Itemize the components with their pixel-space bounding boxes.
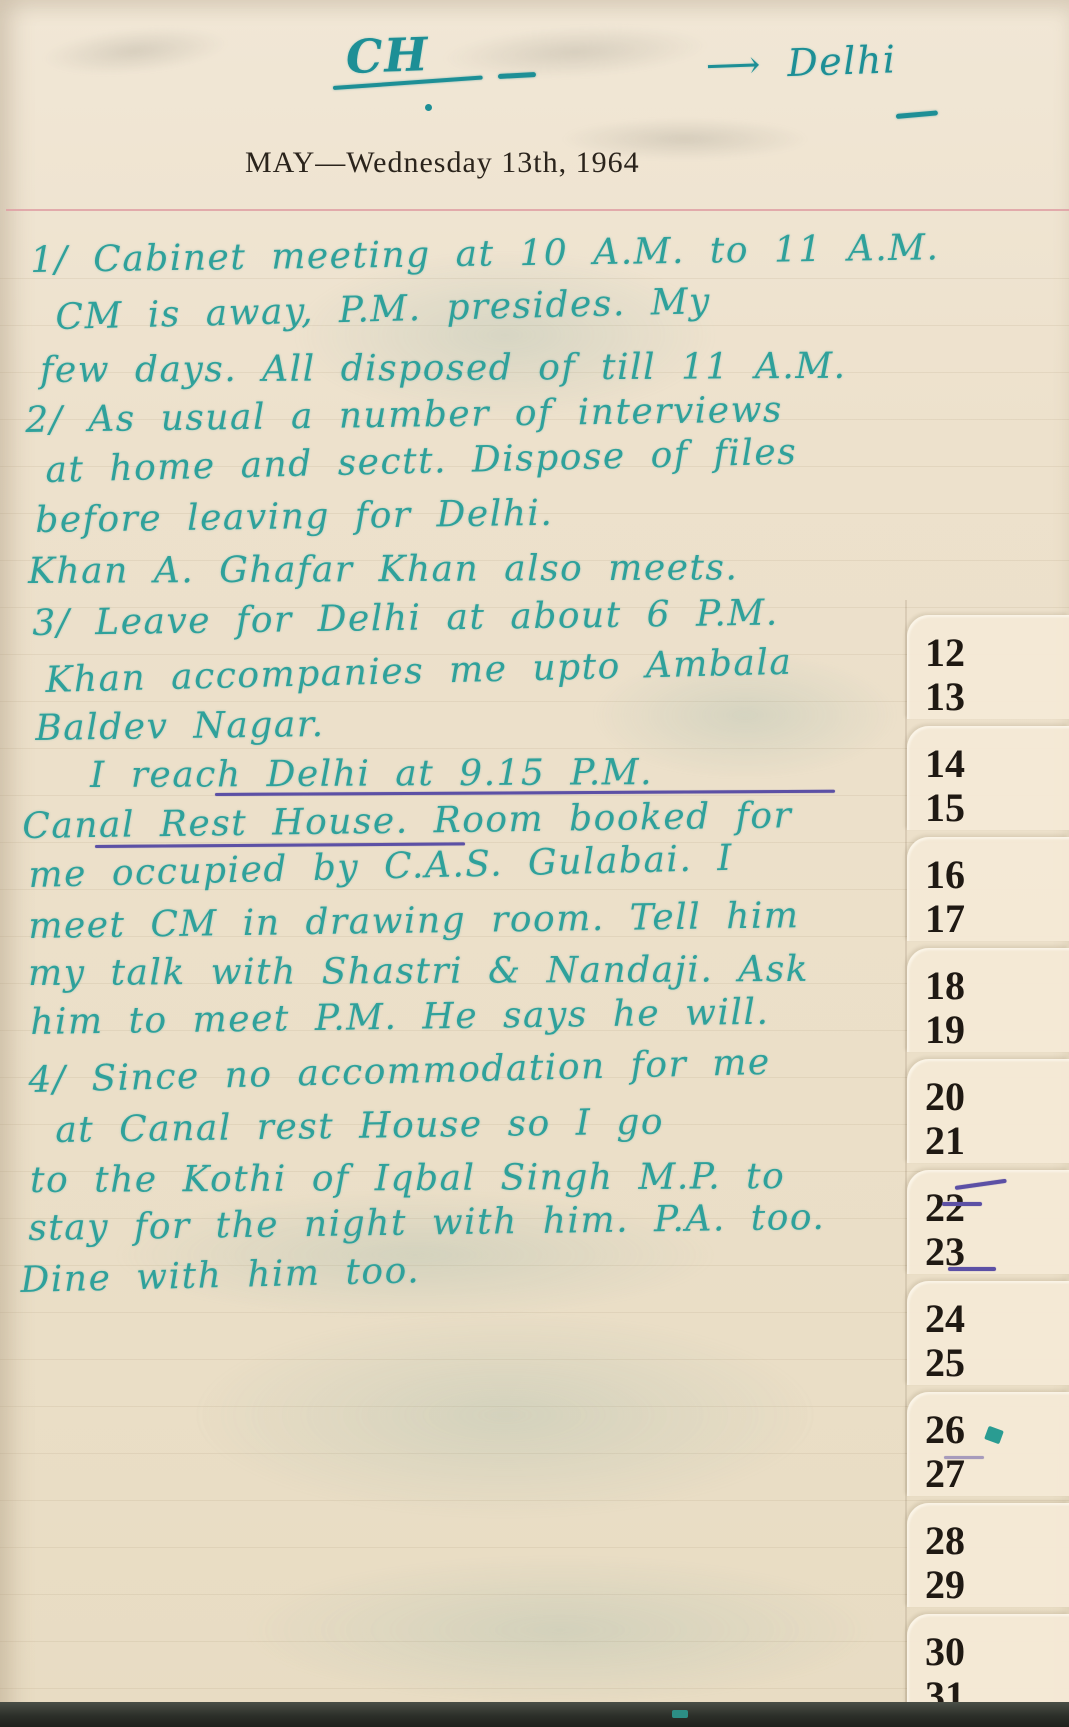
page-date-title: MAY—Wednesday 13th, 1964 [245,146,640,180]
date-tab-14-15: 14 15 [907,726,1069,830]
tab-number: 19 [907,1008,1069,1052]
entry-line: Baldev Nagar. [35,704,325,749]
book-bottom-edge [0,1702,1069,1727]
annotation-ch: CH [345,27,430,84]
entry-line: Khan A. Ghafar Khan also meets. [28,547,738,592]
entry-line: 4/ Since no accommodation for me [28,1042,771,1101]
tab-number: 28 [907,1503,1069,1563]
tab-number: 20 [907,1059,1069,1119]
tab-number: 18 [907,948,1069,1008]
entry-line: before leaving for Delhi. [35,493,554,541]
entry-line: 2/ As usual a number of interviews [25,389,783,441]
tab-number: 22 [907,1170,1069,1230]
edge-speck [672,1710,688,1718]
entry-line: at home and sectt. Dispose of files [45,432,798,491]
entry-line: CM is away, P.M. presides. My [55,281,711,338]
tab-number: 26 [907,1392,1069,1452]
tab-number: 24 [907,1281,1069,1341]
date-tab-18-19: 18 19 [907,948,1069,1052]
entry-line: meet CM in drawing room. Tell him [28,895,800,947]
tab-number: 25 [907,1341,1069,1385]
delhi-underdash-stroke [896,110,938,119]
ch-dash-stroke [498,72,536,79]
entry-line: few days. All disposed of till 11 A.M. [40,346,847,391]
entry-line: I reach Delhi at 9.15 P.M. [90,752,653,796]
date-tab-28-29: 28 29 [907,1503,1069,1607]
date-tab-16-17: 16 17 [907,837,1069,941]
tab-number: 16 [907,837,1069,897]
tab-number: 14 [907,726,1069,786]
ink-dot [425,104,432,111]
ink-mark [942,1202,982,1206]
header-rule [6,209,1069,211]
bleedthrough-mark [38,20,231,82]
tab-number: 27 [907,1452,1069,1496]
entry-line: to the Kothi of Iqbal Singh M.P. to [30,1156,785,1201]
tab-number: 17 [907,897,1069,941]
tab-number: 29 [907,1563,1069,1607]
entry-line: stay for the night with him. P.A. too. [28,1197,826,1249]
entry-line: him to meet P.M. He says he will. [30,992,770,1043]
ink-mark [944,1456,984,1459]
date-tab-12-13: 12 13 [907,615,1069,719]
date-tab-24-25: 24 25 [907,1281,1069,1385]
date-tab-22-23: 22 23 [907,1170,1069,1274]
entry-line: Khan accompanies me upto Ambala [45,642,793,701]
ink-mark [948,1267,996,1271]
entry-line: my talk with Shastri & Nandaji. Ask [28,949,809,994]
bleedthrough-mark [190,1310,820,1520]
date-tab-20-21: 20 21 [907,1059,1069,1163]
bleedthrough-mark [240,1555,880,1705]
tab-number: 21 [907,1119,1069,1163]
entry-line: 3/ Leave for Delhi at about 6 P.M. [32,593,779,644]
diary-page: CH ⟶ Delhi MAY—Wednesday 13th, 1964 1/ C… [0,0,1069,1727]
date-tab-26-27: 26 27 [907,1392,1069,1496]
tab-number: 15 [907,786,1069,830]
tab-number: 30 [907,1614,1069,1674]
annotation-destination-delhi: ⟶ Delhi [705,37,897,88]
entry-line: Dine with him too. [20,1250,421,1301]
entry-line: 1/ Cabinet meeting at 10 A.M. to 11 A.M. [30,227,940,281]
entry-line: at Canal rest House so I go [55,1101,664,1150]
tab-number: 12 [907,615,1069,675]
tab-number: 13 [907,675,1069,719]
